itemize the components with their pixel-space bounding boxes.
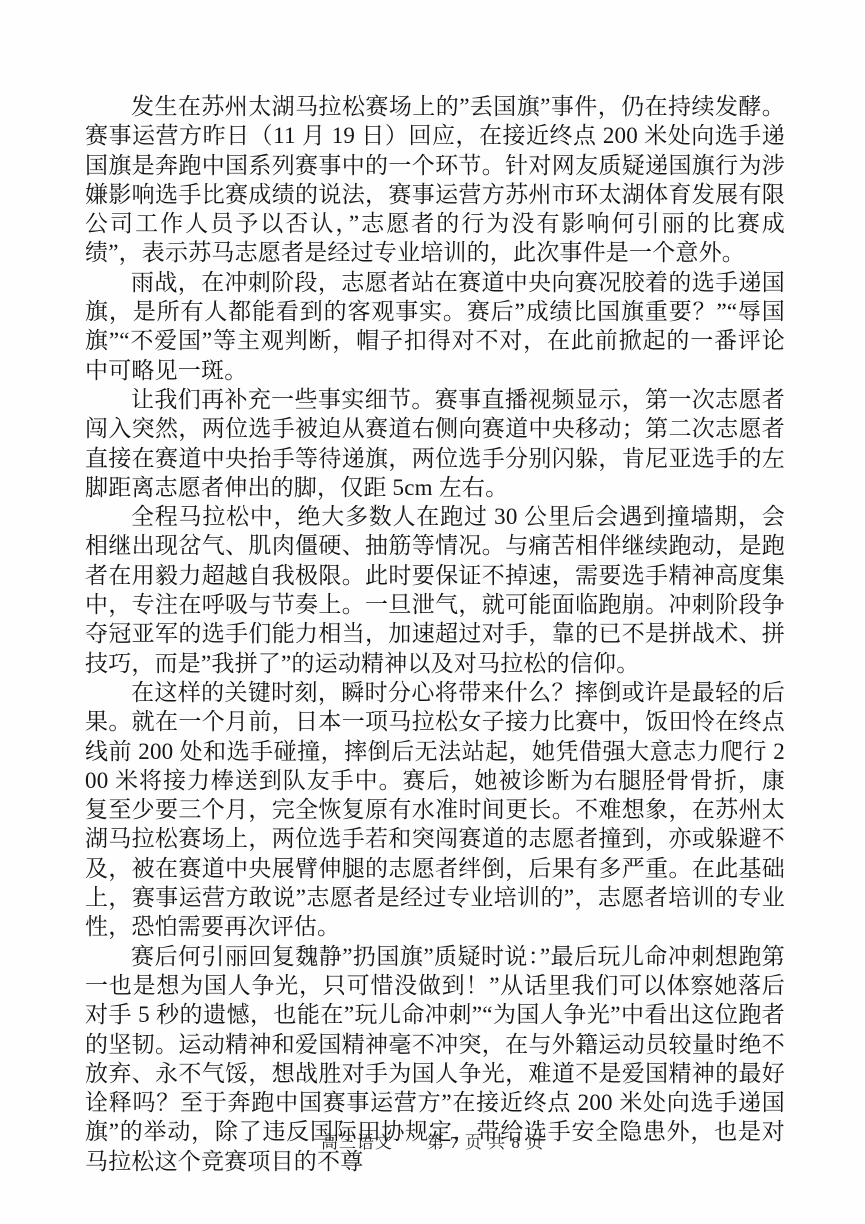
exam-page: 发生在苏州太湖马拉松赛场上的”丢国旗”事件，仍在持续发酵。赛事运营方昨日（11 … bbox=[0, 0, 865, 1224]
body-paragraph-5: 在这样的关键时刻，瞬时分心将带来什么？摔倒或许是最轻的后果。就在一个月前，日本一… bbox=[85, 678, 785, 942]
body-paragraph-3: 让我们再补充一些事实细节。赛事直播视频显示，第一次志愿者闯入突然，两位选手被迫从… bbox=[85, 385, 785, 502]
body-paragraph-1: 发生在苏州太湖马拉松赛场上的”丢国旗”事件，仍在持续发酵。赛事运营方昨日（11 … bbox=[85, 92, 785, 268]
body-paragraph-4: 全程马拉松中，绝大多数人在跑过 30 公里后会遇到撞墙期，会相继出现岔气、肌肉僵… bbox=[85, 502, 785, 678]
body-paragraph-2: 雨战，在冲刺阶段，志愿者站在赛道中央向赛况胶着的选手递国旗，是所有人都能看到的客… bbox=[85, 268, 785, 385]
footer-course-label: 高三语文 bbox=[321, 1133, 393, 1152]
page-footer: 高三语文第 7 页 共 8 页 bbox=[0, 1128, 865, 1153]
footer-page-info: 第 7 页 共 8 页 bbox=[427, 1133, 544, 1152]
document-body: 发生在苏州太湖马拉松赛场上的”丢国旗”事件，仍在持续发酵。赛事运营方昨日（11 … bbox=[85, 92, 785, 1176]
